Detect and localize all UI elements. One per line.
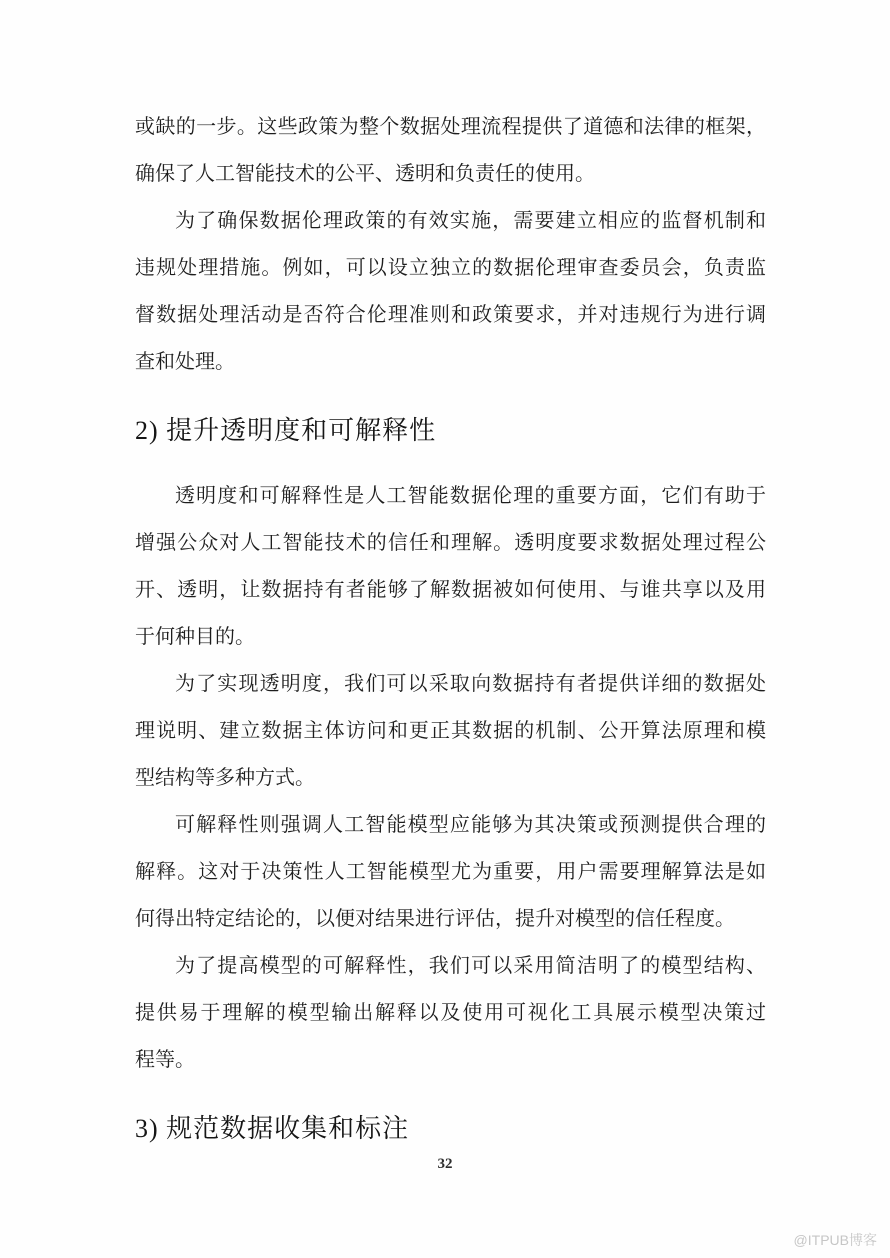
watermark: @ITPUB博客 xyxy=(794,1230,877,1250)
text-line: 解释。这对于决策性人工智能模型尤为重要，用户需要理解算法是如 xyxy=(135,849,766,896)
paragraph: 为了提高模型的可解释性，我们可以采用简洁明了的模型结构、提供易于理解的模型输出解… xyxy=(135,943,766,1084)
text-line: 或缺的一步。这些政策为整个数据处理流程提供了道德和法律的框架， xyxy=(135,104,766,151)
paragraph: 或缺的一步。这些政策为整个数据处理流程提供了道德和法律的框架，确保了人工智能技术… xyxy=(135,104,766,198)
paragraph: 透明度和可解释性是人工智能数据伦理的重要方面，它们有助于增强公众对人工智能技术的… xyxy=(135,473,766,661)
text-line: 违规处理措施。例如，可以设立独立的数据伦理审查委员会，负责监 xyxy=(135,245,766,292)
text-line: 可解释性则强调人工智能模型应能够为其决策或预测提供合理的 xyxy=(135,802,766,849)
text-line: 于何种目的。 xyxy=(135,614,766,661)
text-line: 透明度和可解释性是人工智能数据伦理的重要方面，它们有助于 xyxy=(135,473,766,520)
paragraph: 为了确保数据伦理政策的有效实施，需要建立相应的监督机制和违规处理措施。例如，可以… xyxy=(135,198,766,386)
document-page: 或缺的一步。这些政策为整个数据处理流程提供了道德和法律的框架，确保了人工智能技术… xyxy=(0,0,890,1258)
paragraph: 可解释性则强调人工智能模型应能够为其决策或预测提供合理的解释。这对于决策性人工智… xyxy=(135,802,766,943)
text-line: 确保了人工智能技术的公平、透明和负责任的使用。 xyxy=(135,151,766,198)
section-heading: 3) 规范数据收集和标注 xyxy=(135,1105,766,1152)
text-line: 型结构等多种方式。 xyxy=(135,755,766,802)
section-heading: 2) 提升透明度和可解释性 xyxy=(135,407,766,454)
document-content: 或缺的一步。这些政策为整个数据处理流程提供了道德和法律的框架，确保了人工智能技术… xyxy=(135,104,766,1171)
text-line: 何得出特定结论的，以便对结果进行评估，提升对模型的信任程度。 xyxy=(135,896,766,943)
text-line: 为了确保数据伦理政策的有效实施，需要建立相应的监督机制和 xyxy=(135,198,766,245)
text-line: 增强公众对人工智能技术的信任和理解。透明度要求数据处理过程公 xyxy=(135,520,766,567)
text-line: 开、透明，让数据持有者能够了解数据被如何使用、与谁共享以及用 xyxy=(135,567,766,614)
text-line: 程等。 xyxy=(135,1037,766,1084)
text-line: 督数据处理活动是否符合伦理准则和政策要求，并对违规行为进行调 xyxy=(135,292,766,339)
text-line: 为了实现透明度，我们可以采取向数据持有者提供详细的数据处 xyxy=(135,661,766,708)
page-number: 32 xyxy=(0,1156,890,1173)
text-line: 查和处理。 xyxy=(135,339,766,386)
text-line: 提供易于理解的模型输出解释以及使用可视化工具展示模型决策过 xyxy=(135,990,766,1037)
paragraph: 为了实现透明度，我们可以采取向数据持有者提供详细的数据处理说明、建立数据主体访问… xyxy=(135,661,766,802)
text-line: 理说明、建立数据主体访问和更正其数据的机制、公开算法原理和模 xyxy=(135,708,766,755)
text-line: 为了提高模型的可解释性，我们可以采用简洁明了的模型结构、 xyxy=(135,943,766,990)
